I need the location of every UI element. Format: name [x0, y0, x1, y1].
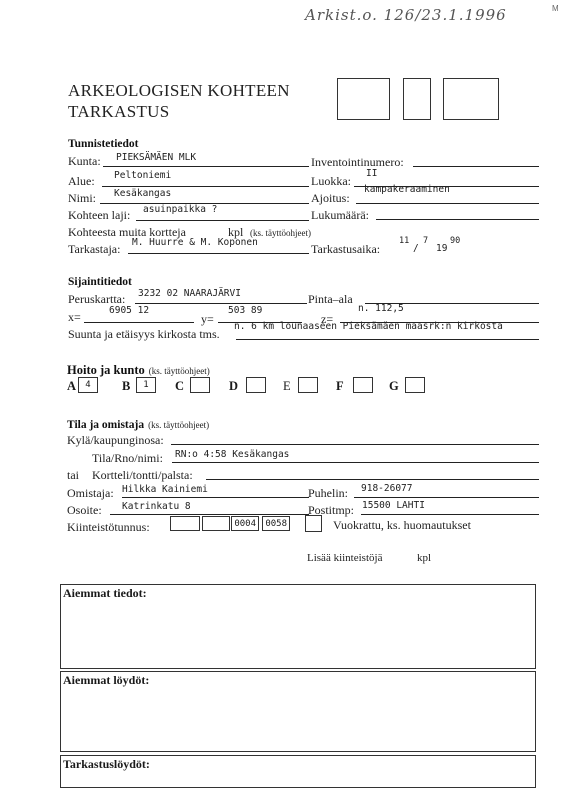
section-tunnistetiedot: Tunnistetiedot [68, 138, 139, 150]
lukumaara-label: Lukumäärä: [311, 208, 369, 223]
kortteli-line [206, 479, 539, 480]
nimi-label: Nimi: [68, 191, 96, 206]
kohteen-laji-label: Kohteen laji: [68, 208, 130, 223]
title-line-2: TARKASTUS [68, 101, 290, 122]
luokka-field[interactable]: II [366, 168, 377, 179]
tarkastaja-line [128, 253, 309, 254]
osoite-line [110, 514, 309, 515]
kohteen-laji-line [136, 220, 309, 221]
kyla-line [171, 444, 539, 445]
ajoitus-field[interactable]: kampakeraaminen [364, 184, 450, 195]
suunta-label: Suunta ja etäisyys kirkosta tms. [68, 327, 220, 342]
kiinteistotunnus-part-2[interactable] [202, 516, 230, 531]
id-box-1[interactable] [337, 78, 390, 120]
condition-e-label: E [283, 379, 291, 394]
kortteli-label: Kortteli/tontti/palsta: [92, 468, 193, 483]
osoite-label: Osoite: [67, 503, 102, 518]
corner-mark: M [552, 4, 559, 13]
tila-rno-label: Tila/Rno/nimi: [92, 451, 163, 466]
tarkastusaika-month[interactable]: 7 [423, 236, 428, 246]
kunta-label: Kunta: [68, 154, 101, 169]
kohteen-laji-field[interactable]: asuinpaikka ? [143, 204, 217, 215]
hoito-note: (ks. täyttöohjeet) [149, 366, 210, 376]
condition-b-box[interactable]: 1 [136, 377, 156, 393]
kiinteistotunnus-part-1[interactable] [170, 516, 200, 531]
lukumaara-line [376, 219, 539, 220]
lisaa-kiinteistoja-label: Lisää kiinteistöjä [307, 552, 382, 564]
osoite-field[interactable]: Katrinkatu 8 [122, 501, 191, 512]
tila-rno-field[interactable]: RN:o 4:58 Kesäkangas [175, 449, 289, 460]
postitmp-field[interactable]: 15500 LAHTI [362, 500, 425, 511]
aiemmat-loydot-panel[interactable]: Aiemmat löydöt: [60, 671, 536, 752]
condition-f-label: F [336, 379, 344, 394]
kunta-line [103, 166, 309, 167]
form-title: ARKEOLOGISEN KOHTEEN TARKASTUS [68, 80, 290, 122]
suunta-line [236, 339, 539, 340]
tarkastusloydot-label: Tarkastuslöydöt: [61, 756, 535, 772]
peruskartta-line [135, 303, 307, 304]
peruskartta-field[interactable]: 3232 02 NAARAJÄRVI [138, 288, 241, 299]
vuokrattu-checkbox[interactable] [305, 515, 322, 532]
archive-note: Arkist.o. 126/23.1.1996 [305, 6, 507, 24]
section-sijaintitiedot: Sijaintitiedot [68, 276, 132, 288]
tarkastusaika-day[interactable]: 11 [399, 236, 409, 246]
alue-label: Alue: [68, 174, 95, 189]
omistaja-label: Omistaja: [67, 486, 114, 501]
postitmp-line [361, 514, 539, 515]
aiemmat-tiedot-label: Aiemmat tiedot: [61, 585, 535, 601]
tarkastaja-field[interactable]: M. Huurre & M. Koponen [132, 237, 258, 248]
condition-c-label: C [175, 379, 184, 394]
suunta-field[interactable]: n. 6 km lounaaseen Pieksämäen maasrk:n k… [234, 321, 503, 332]
inventointinumero-label: Inventointinumero: [311, 155, 404, 170]
vuokrattu-label: Vuokrattu, ks. huomautukset [333, 518, 471, 533]
y-field[interactable]: 503 89 [228, 305, 262, 316]
condition-a-label: A [67, 379, 76, 394]
kunta-field[interactable]: PIEKSÄMÄEN MLK [116, 152, 196, 163]
pinta-ala-label: Pinta–ala [308, 292, 353, 307]
section-hoito: Hoito ja kunto [67, 363, 145, 377]
condition-c-box[interactable] [190, 377, 210, 393]
condition-g-label: G [389, 379, 399, 394]
condition-d-box[interactable] [246, 377, 266, 393]
tila-rno-line [172, 462, 539, 463]
muita-kortteja-note: (ks. täyttöohjeet) [250, 228, 311, 238]
tila-note: (ks. täyttöohjeet) [148, 420, 209, 430]
id-box-2[interactable] [403, 78, 431, 120]
ajoitus-label: Ajoitus: [311, 191, 350, 206]
tai-label: tai [67, 468, 79, 483]
tila-heading: Tila ja omistaja (ks. täyttöohjeet) [67, 415, 209, 433]
alue-line [102, 186, 309, 187]
title-line-1: ARKEOLOGISEN KOHTEEN [68, 80, 290, 101]
z-field[interactable]: n. 112,5 [358, 303, 404, 314]
luokka-label: Luokka: [311, 174, 351, 189]
condition-a-box[interactable]: 4 [78, 377, 98, 393]
puhelin-label: Puhelin: [308, 486, 348, 501]
aiemmat-tiedot-panel[interactable]: Aiemmat tiedot: [60, 584, 536, 669]
tarkastusaika-century: 19 [436, 243, 447, 254]
omistaja-line [122, 497, 309, 498]
alue-field[interactable]: Peltoniemi [114, 170, 171, 181]
tarkastusaika-year[interactable]: 90 [450, 236, 460, 246]
kiinteistotunnus-part-4[interactable]: 0058 [262, 516, 290, 531]
tarkastusaika-label: Tarkastusaika: [311, 242, 380, 257]
x-label: x= [68, 310, 81, 325]
ajoitus-line [356, 203, 539, 204]
tarkastaja-label: Tarkastaja: [68, 242, 120, 257]
x-field[interactable]: 6905 12 [109, 305, 149, 316]
condition-e-box[interactable] [298, 377, 318, 393]
condition-g-box[interactable] [405, 377, 425, 393]
condition-b-label: B [122, 379, 130, 394]
y-label: y= [201, 312, 214, 327]
nimi-field[interactable]: Kesäkangas [114, 188, 171, 199]
lisaa-kiinteistoja-unit: kpl [417, 552, 431, 564]
tarkastusloydot-panel[interactable]: Tarkastuslöydöt: [60, 755, 536, 788]
kyla-label: Kylä/kaupunginosa: [67, 433, 164, 448]
puhelin-line [354, 497, 539, 498]
omistaja-field[interactable]: Hilkka Kainiemi [122, 484, 208, 495]
inventointinumero-line [413, 166, 539, 167]
kiinteistotunnus-label: Kiinteistötunnus: [67, 520, 150, 535]
x-line [84, 322, 194, 323]
id-box-3[interactable] [443, 78, 499, 120]
condition-f-box[interactable] [353, 377, 373, 393]
aiemmat-loydot-label: Aiemmat löydöt: [61, 672, 535, 688]
section-tila: Tila ja omistaja [67, 419, 144, 431]
tarkastusaika-separator: / [413, 243, 419, 254]
puhelin-field[interactable]: 918-26077 [361, 483, 412, 494]
condition-d-label: D [229, 379, 238, 394]
kiinteistotunnus-part-3[interactable]: 0004 [231, 516, 259, 531]
